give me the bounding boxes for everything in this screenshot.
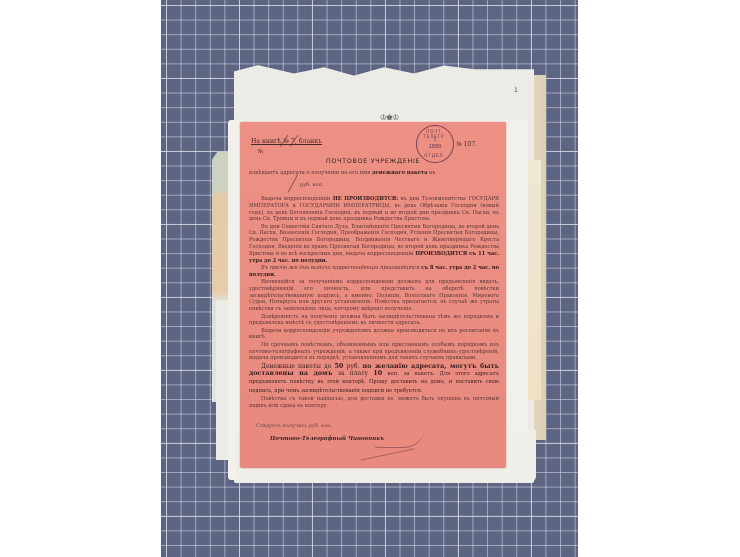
- form-title: ПОЧТОВОЕ УЧРЕЖДЕНІЕ: [240, 157, 506, 165]
- official-title: Почтово-Телеграфный Чиновникъ: [270, 436, 384, 442]
- subline-text: извѣщаетъ адресата о полученіи на его им…: [249, 170, 370, 176]
- paragraph: По срочнымъ повѣсткамъ, объявленнымъ или…: [249, 342, 499, 362]
- paragraph: Довѣренность на полученіе должна быть за…: [249, 314, 499, 328]
- subline-suffix: въ: [429, 170, 435, 176]
- postal-notice-form: На книгѣ № 7, бланкъ № ПОЧТ. ТЕЛЕГР. 5 1…: [240, 122, 506, 468]
- header-book-number: На книгѣ № 7, бланкъ: [251, 138, 322, 145]
- amount-line: руб. коп.: [300, 182, 323, 188]
- signature: [373, 427, 425, 448]
- delivery-paragraph: Денежные пакеты до 50 руб. по желанію ад…: [249, 363, 499, 396]
- stamp-day: 5: [417, 138, 453, 143]
- subline-bold: денежнаго пакета: [372, 170, 427, 176]
- paragraph: Выдача корреспонденціи учрежденіямъ долж…: [249, 328, 499, 342]
- form-body: Выдача корреспонденціи НЕ ПРОИЗВОДИТСЯ: …: [249, 196, 499, 410]
- signature-flourish: [360, 448, 414, 460]
- header-no: №: [258, 149, 263, 155]
- paragraph: Выдача корреспонденціи НЕ ПРОИЗВОДИТСЯ: …: [249, 196, 499, 223]
- paragraph: Являющійся за полученіемъ корреспонденці…: [249, 279, 499, 313]
- stamp-year: 1880: [417, 144, 453, 150]
- closing-paragraph: Повѣстка съ такой надписью, для доставки…: [249, 396, 499, 410]
- paragraph: Въ прочіе же дни выдача корреспонденціи …: [249, 265, 499, 279]
- notice-number: № 107.: [456, 141, 477, 148]
- paragraph: Въ дни Сошествія Святаго Духа, Благовѣще…: [249, 224, 499, 265]
- sum-due-line: Слѣдуетъ получить руб. коп.: [256, 423, 332, 429]
- pencil-stroke: [288, 175, 298, 193]
- page-mark: 1: [514, 87, 518, 94]
- notice-subline: извѣщаетъ адресата о полученіи на его им…: [249, 170, 499, 176]
